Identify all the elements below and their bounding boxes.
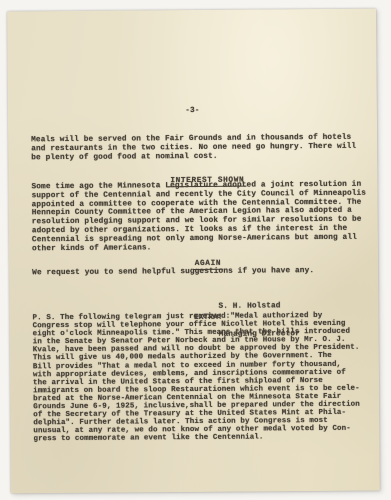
page-number: -3- — [8, 106, 377, 118]
letter-page: -3- Meals will be served on the Fair Gro… — [7, 9, 380, 494]
paragraph-meals: Meals will be served on the Fair Grounds… — [31, 134, 356, 164]
scan-background: -3- Meals will be served on the Fair Gro… — [0, 0, 391, 500]
paragraph-interest: Some time ago the Minnesota Legislature … — [31, 181, 366, 254]
paragraph-postscript: P. S. The following telegram just receiv… — [32, 312, 360, 444]
